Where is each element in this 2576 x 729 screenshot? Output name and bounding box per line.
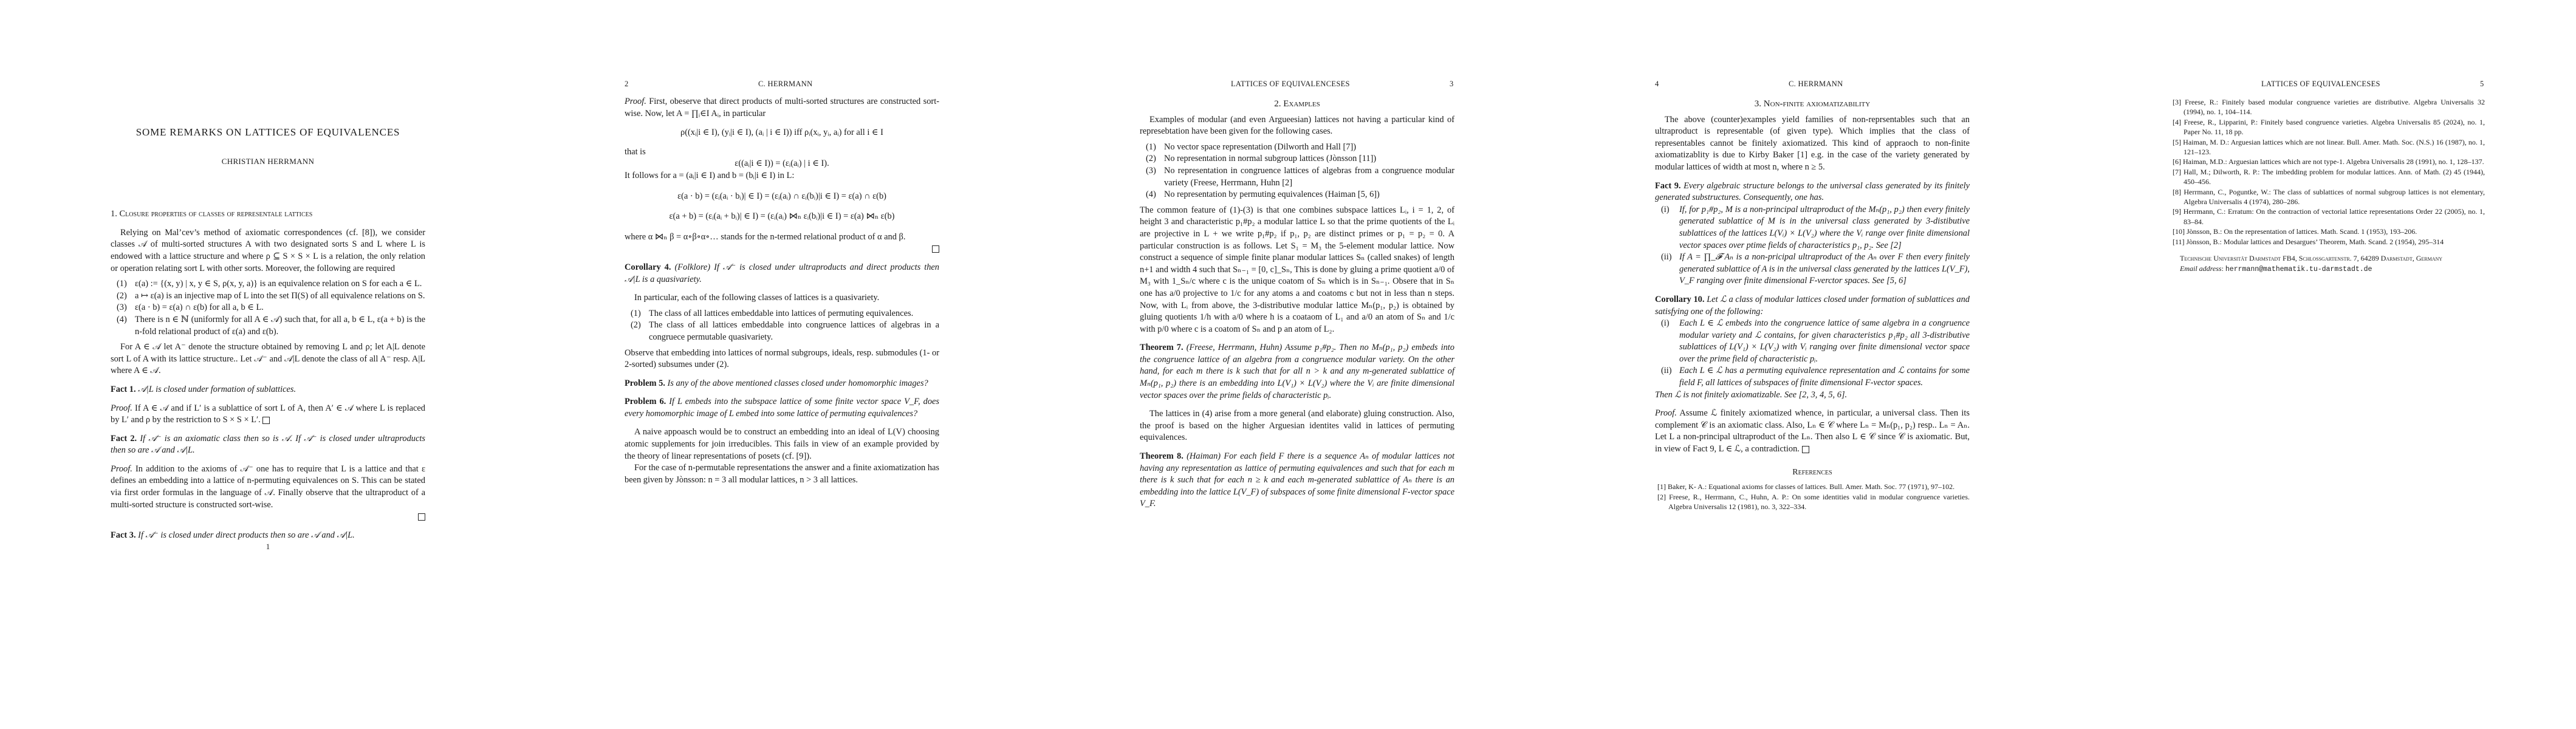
page-number: 5 [2480, 80, 2484, 89]
fact-3: Fact 3. If 𝒜⁻ is closed under direct pro… [111, 530, 425, 542]
corollary-10-items: (i)Each L ∈ ℒ embeds into the congruence… [1655, 318, 1970, 389]
problem-5: Problem 5. Is any of the above mentioned… [625, 378, 939, 390]
theorem-8: Theorem 8. (Haiman) For each field F the… [1140, 451, 1454, 510]
class-item: (2)The class of all lattices embeddable … [625, 320, 939, 343]
page-2-body: Proof. First, obeserve that direct produ… [625, 96, 939, 486]
display-equation: ε((aᵢ|i ∈ I)) = (εᵢ(aᵢ) | i ∈ I). [625, 158, 939, 170]
section-3-intro: The above (counter)examples yield famili… [1655, 114, 1970, 174]
display-equation: ρ((xᵢ|i ∈ I), (yᵢ|i ∈ I), (aᵢ | i ∈ I)) … [625, 127, 939, 139]
page-number: 1 [111, 541, 425, 553]
reference-item: [10] Jònsson, B.: On the representation … [2170, 227, 2485, 236]
it-follows-text: It follows for a = (aᵢ|i ∈ I) and b = (b… [625, 170, 939, 182]
display-equation: ε(a · b) = (εᵢ(aᵢ · bᵢ)| ∈ I) = (εᵢ(aᵢ) … [625, 191, 939, 203]
reference-item: [4] Freese, R., Lipparini, P.: Finitely … [2170, 117, 2485, 137]
references-list: [1] Baker, K- A.: Equational axioms for … [1655, 482, 1970, 512]
fact-1: Fact 1. 𝒜|L is closed under formation of… [111, 384, 425, 396]
running-head: LATTICES OF EQUIVALENCESES [1231, 80, 1350, 89]
fact-2: Fact 2. If 𝒜⁻ is an axiomatic class then… [111, 433, 425, 457]
page-1: SOME REMARKS ON LATTICES OF EQUIVALENCES… [0, 0, 515, 729]
display-equation: ε(a + b) = (εᵢ(aᵢ + bᵢ)| ∈ I) = (εᵢ(aᵢ) … [625, 211, 939, 223]
fact-9: Fact 9. Every algebraic structure belong… [1655, 180, 1970, 204]
reference-item: [8] Herrmann, C., Poguntke, W.: The clas… [2170, 187, 2485, 207]
reference-item: [7] Hall, M.; Dilworth, R. P.: The imbed… [2170, 167, 2485, 187]
naive-approach-paragraph: A naive appoasch would be to construct a… [625, 426, 939, 462]
observe-paragraph: Observe that embedding into lattices of … [625, 347, 939, 371]
where-paragraph: where α ⋈ₙ β = α∘β∘α∘… stands for the n-… [625, 231, 939, 244]
fact-9-item: (i)If, for p₁#p₂, M is a non-principal u… [1655, 204, 1970, 252]
page-2: 2 C. HERRMANN Proof. First, obeserve tha… [515, 0, 1030, 729]
page-1-body: SOME REMARKS ON LATTICES OF EQUIVALENCES… [111, 126, 425, 553]
case-item: (2)No representation in normal subgroup … [1140, 153, 1454, 165]
reference-item: [2] Freese, R., Herrmann, C., Huhn, A. P… [1655, 492, 1970, 512]
qed-icon [262, 417, 270, 424]
fact-9-items: (i)If, for p₁#p₂, M is a non-principal u… [1655, 204, 1970, 287]
reference-item: [3] Freese, R.: Finitely based modular c… [2170, 97, 2485, 117]
section-2-heading: 2. Examples [1140, 98, 1454, 111]
paper-title: SOME REMARKS ON LATTICES OF EQUIVALENCES [111, 126, 425, 139]
qed-icon [418, 513, 425, 521]
proof-fact-2: Proof. In addition to the axioms of 𝒜⁻ o… [111, 464, 425, 511]
examples-intro: Examples of modular (and even Argueesian… [1140, 114, 1454, 138]
page-4: 4 C. HERRMANN 3. Non-finite axiomatizabi… [1546, 0, 2061, 729]
qed-icon [1802, 446, 1809, 453]
section-3-heading: 3. Non-finite axiomatizability [1655, 98, 1970, 111]
that-is-text: that is [625, 146, 939, 159]
problem-6: Problem 6. If L embeds into the subspace… [625, 396, 939, 420]
author-name: CHRISTIAN HERRMANN [111, 156, 425, 168]
case-item: (3)No representation in congruence latti… [1140, 165, 1454, 189]
page-number: 2 [625, 80, 628, 89]
common-feature-paragraph: The common feature of (1)-(3) is that on… [1140, 205, 1454, 336]
requirement-item: (2)a ↦ ε(a) is an injective map of L int… [111, 290, 425, 303]
corollary-10: Corollary 10. Let ℒ a class of modular l… [1655, 294, 1970, 318]
corollary-10-conclusion: Then ℒ is not finitely axiomatizable. Se… [1655, 389, 1970, 402]
reference-item: [6] Haiman, M.D.: Arguesian lattices whi… [2170, 157, 2485, 166]
corollary-10-item: (i)Each L ∈ ℒ embeds into the congruence… [1655, 318, 1970, 365]
lattices-4-paragraph: The lattices in (4) arise from a more ge… [1140, 408, 1454, 444]
qed-icon [932, 245, 939, 253]
definition-paragraph: For A ∈ 𝒜 let A⁻ denote the structure ob… [111, 341, 425, 377]
in-particular-text: In particular, each of the following cla… [625, 292, 939, 304]
references-heading: References [1655, 467, 1970, 479]
theorem-7: Theorem 7. (Freese, Herrmann, Huhn) Assu… [1140, 342, 1454, 402]
proof-fact-1: Proof. If A ∈ 𝒜 and if L′ is a sublattic… [111, 403, 425, 426]
class-item: (1)The class of all lattices embeddable … [625, 308, 939, 320]
proof-fact-3: Proof. First, obeserve that direct produ… [625, 96, 939, 120]
quasivariety-classes-list: (1)The class of all lattices embeddable … [625, 308, 939, 344]
running-head: LATTICES OF EQUIVALENCESES [2261, 80, 2380, 89]
proof-corollary-10: Proof. Assume ℒ finitely axiomatized whe… [1655, 408, 1970, 455]
page-3: LATTICES OF EQUIVALENCESES 3 2. Examples… [1030, 0, 1546, 729]
page-5-body: [3] Freese, R.: Finitely based modular c… [2170, 97, 2485, 275]
author-email: Email address: herrmann@mathematik.tu-da… [2170, 264, 2485, 275]
page-number: 3 [1450, 80, 1453, 89]
author-address: Technische Universität Darmstadt FB4, Sc… [2170, 253, 2485, 263]
section-1-heading: 1. Closure properties of classes of repr… [111, 208, 425, 221]
reference-item: [11] Jònsson, B.: Modular lattices and D… [2170, 237, 2485, 247]
running-head: C. HERRMANN [758, 80, 812, 89]
jonsson-paragraph: For the case of n-permutable representat… [625, 462, 939, 486]
corollary-10-item: (ii)Each L ∈ ℒ has a permuting equivalen… [1655, 365, 1970, 389]
case-item: (4)No representation by permuting equiva… [1140, 189, 1454, 201]
page-number: 4 [1655, 80, 1659, 89]
corollary-4: Corollary 4. (Folklore) If 𝒜⁻ is closed … [625, 262, 939, 286]
case-item: (1)No vector space representation (Dilwo… [1140, 142, 1454, 154]
requirement-item: (3)ε(a · b) = ε(a) ∩ ε(b) for all a, b ∈… [111, 302, 425, 314]
running-head: C. HERRMANN [1789, 80, 1843, 89]
requirement-item: (4)There is n ∈ ℕ (uniformly for all A ∈… [111, 314, 425, 338]
reference-item: [5] Haiman, M. D.: Arguesian lattices wh… [2170, 137, 2485, 157]
email-link[interactable]: herrmann@mathematik.tu-darmstadt.de [2225, 265, 2372, 273]
page-5: LATTICES OF EQUIVALENCESES 5 [3] Freese,… [2061, 0, 2576, 729]
intro-paragraph: Relying on Mal’cev’s method of axiomatic… [111, 227, 425, 275]
page-3-body: 2. Examples Examples of modular (and eve… [1140, 98, 1454, 510]
examples-cases-list: (1)No vector space representation (Dilwo… [1140, 142, 1454, 201]
page-4-body: 3. Non-finite axiomatizability The above… [1655, 98, 1970, 512]
requirement-item: (1)ε(a) := {(x, y) | x, y ∈ S, ρ(x, y, a… [111, 278, 425, 290]
requirements-list: (1)ε(a) := {(x, y) | x, y ∈ S, ρ(x, y, a… [111, 278, 425, 338]
fact-9-item: (ii)If A = ∏_𝓕 Aₙ is a non-pricipal ultr… [1655, 252, 1970, 287]
reference-item: [9] Herrmann, C.: Erratum: On the contra… [2170, 207, 2485, 227]
reference-item: [1] Baker, K- A.: Equational axioms for … [1655, 482, 1970, 491]
